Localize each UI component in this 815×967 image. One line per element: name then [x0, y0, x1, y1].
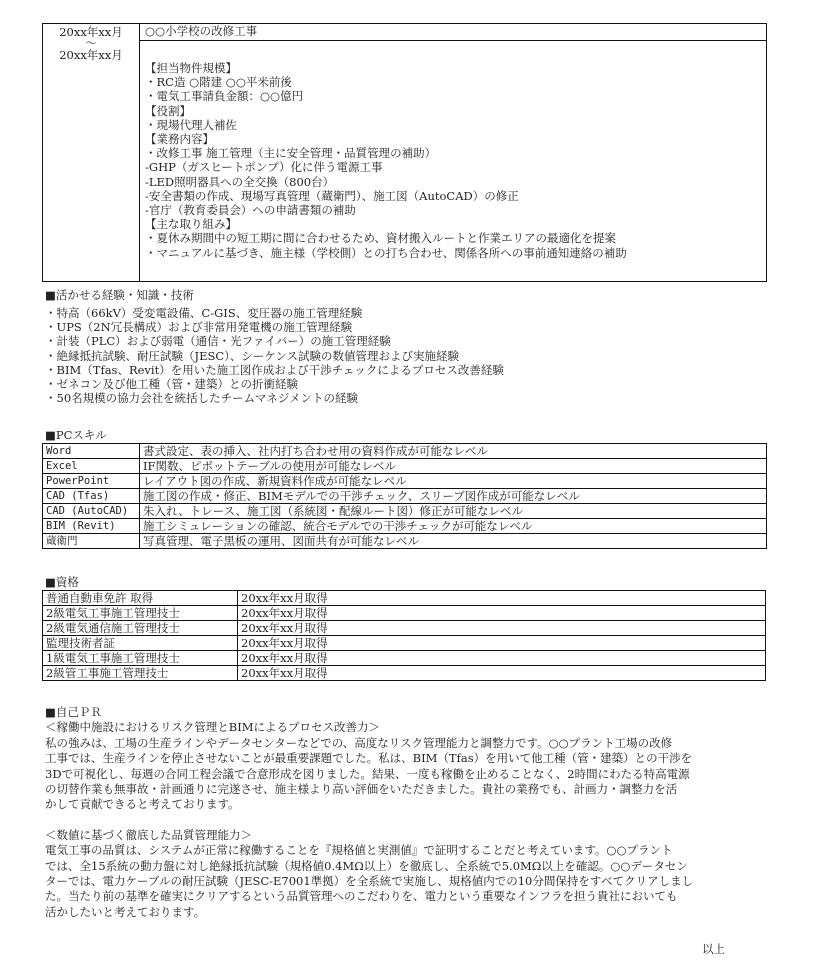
- certification-date: 20xx年xx月取得: [238, 666, 766, 681]
- pc-skill-tool: Excel: [43, 459, 140, 474]
- pc-skill-row: PowerPointレイアウト図の作成、新規資料作成が可能なレベル: [43, 474, 767, 489]
- pc-skill-level: レイアウト図の作成、新規資料作成が可能なレベル: [140, 474, 767, 489]
- certification-date: 20xx年xx月取得: [238, 606, 766, 621]
- period-end: 20xx年xx月: [46, 48, 136, 62]
- self-pr-text-line: 活かしたいと考えております。: [45, 905, 693, 920]
- pc-skill-row: 蔵衛門写真管理、電子黒板の運用、図面共有が可能なレベル: [43, 534, 767, 549]
- work-history-detail-row: 【担当物件規模】 ・RC造 ○階建 ○○平米前後 ・電気工事請負金額：○○億円 …: [43, 41, 767, 282]
- self-pr-text-line: の切替作業も無事故・計画通りに完遂させ、施主様より高い評価をいただきました。貴社…: [45, 782, 693, 797]
- pc-skill-level: 写真管理、電子黒板の運用、図面共有が可能なレベル: [140, 534, 767, 549]
- certification-row: 普通自動車免許 取得20xx年xx月取得: [43, 591, 766, 606]
- self-pr-text-line: 3Dで可視化し、毎週の合同工程会議で合意形成を図りました。結果、一度も稼働を止め…: [45, 767, 693, 782]
- detail-line: -安全書類の作成、現場写真管理（蔵衛門）、施工図（AutoCAD）の修正: [145, 189, 763, 203]
- detail-line: ・夏休み期間中の短工期に間に合わせるため、資材搬入ルートと作業エリアの最適化を提…: [145, 231, 763, 245]
- pc-skill-tool: Word: [43, 444, 140, 459]
- detail-line: 【業務内容】: [145, 132, 763, 146]
- closing-text: 以上: [702, 942, 725, 956]
- pc-skill-tool: CAD (Tfas): [43, 489, 140, 504]
- certification-date: 20xx年xx月取得: [238, 591, 766, 606]
- certification-row: 2級管工事施工管理技士20xx年xx月取得: [43, 666, 766, 681]
- pc-skill-tool: 蔵衛門: [43, 534, 140, 549]
- skill-item: ・UPS（2N冗長構成）および非常用発電機の施工管理経験: [45, 320, 504, 334]
- certification-name: 2級電気工事施工管理技士: [43, 606, 238, 621]
- pc-skill-level: IF関数、ピボットテーブルの使用が可能なレベル: [140, 459, 767, 474]
- pc-skill-row: Word書式設定、表の挿入、社内打ち合わせ用の資料作成が可能なレベル: [43, 444, 767, 459]
- pc-skill-tool: CAD (AutoCAD): [43, 504, 140, 519]
- skill-item: ・BIM（Tfas、Revit）を用いた施工図作成および干渉チェックによるプロセ…: [45, 363, 504, 377]
- detail-line: 【担当物件規模】: [145, 61, 763, 75]
- pc-skill-level: 書式設定、表の挿入、社内打ち合わせ用の資料作成が可能なレベル: [140, 444, 767, 459]
- detail-line: ・マニュアルに基づき、施主様（学校側）との打ち合わせ、関係各所への事前通知連絡の…: [145, 246, 763, 260]
- pc-skill-level: 朱入れ、トレース、施工図（系統図・配線ルート図）修正が可能なレベル: [140, 504, 767, 519]
- pc-skill-tool: PowerPoint: [43, 474, 140, 489]
- detail-line: 【役割】: [145, 104, 763, 118]
- detail-line: 【主な取り組み】: [145, 217, 763, 231]
- self-pr-text-line: 工事では、生産ラインを停止させないことが最重要課題でした。私は、BIM（Tfas…: [45, 751, 693, 766]
- certifications-heading: ■資格: [45, 575, 79, 589]
- certification-name: 2級電気通信施工管理技士: [43, 621, 238, 636]
- self-pr-text-line: 私の強みは、工場の生産ラインやデータセンターなどでの、高度なリスク管理能力と調整…: [45, 736, 693, 751]
- pc-skill-row: ExcelIF関数、ピボットテーブルの使用が可能なレベル: [43, 459, 767, 474]
- certification-row: 2級電気通信施工管理技士20xx年xx月取得: [43, 621, 766, 636]
- detail-line: -GHP（ガスヒートポンプ）化に伴う電源工事: [145, 160, 763, 174]
- certification-name: 2級管工事施工管理技士: [43, 666, 238, 681]
- pc-skills-heading: ■PCスキル: [45, 428, 107, 442]
- self-pr-text-line: ターでは、電力ケーブルの耐圧試験（JESC-E7001準拠）を全系統で実施し、規…: [45, 874, 693, 889]
- certification-row: 1級電気工事施工管理技士20xx年xx月取得: [43, 651, 766, 666]
- project-title: ○○小学校の改修工事: [140, 24, 767, 41]
- self-pr-text-line: では、全15系統の動力盤に対し絶縁抵抗試験（規格値0.4MΩ以上）を徹底し、全系…: [45, 859, 693, 874]
- skills-heading: ■活かせる経験・知識・技術: [45, 288, 194, 302]
- skills-list: ・特高（66kV）受変電設備、C-GIS、変圧器の施工管理経験 ・UPS（2N冗…: [45, 306, 504, 405]
- certification-date: 20xx年xx月取得: [238, 636, 766, 651]
- certification-name: 監理技術者証: [43, 636, 238, 651]
- work-history-table: 20xx年xx月 〜 20xx年xx月 ○○小学校の改修工事 【担当物件規模】 …: [42, 23, 767, 282]
- self-pr-section: ■自己ＰＲ ＜稼働中施設におけるリスク管理とBIMによるプロセス改善力＞ 私の強…: [45, 705, 693, 920]
- self-pr-subtitle: ＜稼働中施設におけるリスク管理とBIMによるプロセス改善力＞: [45, 720, 693, 735]
- pc-skills-table: Word書式設定、表の挿入、社内打ち合わせ用の資料作成が可能なレベル Excel…: [42, 443, 767, 549]
- detail-line: -LED照明器具への全交換（800台）: [145, 175, 763, 189]
- skill-item: ・特高（66kV）受変電設備、C-GIS、変圧器の施工管理経験: [45, 306, 504, 320]
- self-pr-text-line: 電気工事の品質は、システムが正常に稼働することを『規格値と実測値』で証明すること…: [45, 843, 693, 858]
- self-pr-text-line: た。当たり前の基準を確実にクリアするという品質管理へのこだわりを、電力という重要…: [45, 889, 693, 904]
- work-period-cell: 20xx年xx月 〜 20xx年xx月: [43, 24, 140, 282]
- skill-item: ・絶縁抵抗試験、耐圧試験（JESC）、シーケンス試験の数値管理および実施経験: [45, 349, 504, 363]
- self-pr-heading: ■自己ＰＲ: [45, 705, 693, 720]
- project-details: 【担当物件規模】 ・RC造 ○階建 ○○平米前後 ・電気工事請負金額：○○億円 …: [140, 41, 767, 282]
- skill-item: ・50名規模の協力会社を統括したチームマネジメントの経験: [45, 391, 504, 405]
- certification-name: 1級電気工事施工管理技士: [43, 651, 238, 666]
- certification-name: 普通自動車免許 取得: [43, 591, 238, 606]
- spacer: [45, 813, 693, 828]
- certification-row: 監理技術者証20xx年xx月取得: [43, 636, 766, 651]
- pc-skill-level: 施工シミュレーションの確認、統合モデルでの干渉チェックが可能なレベル: [140, 519, 767, 534]
- detail-line: ・現場代理人補佐: [145, 118, 763, 132]
- period-separator: 〜: [46, 39, 136, 48]
- detail-line: -官庁（教育委員会）への申請書類の補助: [145, 203, 763, 217]
- skill-item: ・計装（PLC）および弱電（通信・光ファイバー）の施工管理経験: [45, 334, 504, 348]
- detail-line: ・RC造 ○階建 ○○平米前後: [145, 75, 763, 89]
- certifications-table: 普通自動車免許 取得20xx年xx月取得 2級電気工事施工管理技士20xx年xx…: [42, 590, 766, 681]
- self-pr-text-line: かして貢献できると考えております。: [45, 797, 693, 812]
- work-history-title-row: 20xx年xx月 〜 20xx年xx月 ○○小学校の改修工事: [43, 24, 767, 41]
- pc-skill-row: BIM (Revit)施工シミュレーションの確認、統合モデルでの干渉チェックが可…: [43, 519, 767, 534]
- certification-date: 20xx年xx月取得: [238, 651, 766, 666]
- certification-date: 20xx年xx月取得: [238, 621, 766, 636]
- detail-line: ・改修工事 施工管理（主に安全管理・品質管理の補助）: [145, 146, 763, 160]
- detail-line: ・電気工事請負金額：○○億円: [145, 89, 763, 103]
- pc-skill-tool: BIM (Revit): [43, 519, 140, 534]
- pc-skill-level: 施工図の作成・修正、BIMモデルでの干渉チェック、スリーブ図作成が可能なレベル: [140, 489, 767, 504]
- skill-item: ・ゼネコン及び他工種（管・建築）との折衝経験: [45, 377, 504, 391]
- certification-row: 2級電気工事施工管理技士20xx年xx月取得: [43, 606, 766, 621]
- pc-skill-row: CAD (AutoCAD)朱入れ、トレース、施工図（系統図・配線ルート図）修正が…: [43, 504, 767, 519]
- self-pr-subtitle: ＜数値に基づく徹底した品質管理能力＞: [45, 828, 693, 843]
- pc-skill-row: CAD (Tfas)施工図の作成・修正、BIMモデルでの干渉チェック、スリーブ図…: [43, 489, 767, 504]
